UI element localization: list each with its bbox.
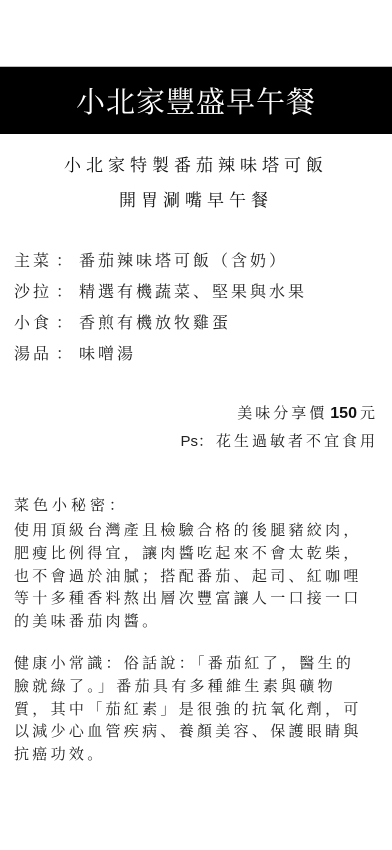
title-banner: 小北家豐盛早午餐 xyxy=(0,66,392,134)
price-line: 美味分享價150元 xyxy=(237,402,378,423)
menu-item-label: 湯品 xyxy=(14,344,52,363)
dish-secret-line: 也不會過於油膩；搭配番茄、起司、紅咖哩 xyxy=(14,565,384,588)
dish-secret-line: 肥瘦比例得宜，讓肉醬吃起來不會太乾柴， xyxy=(14,542,384,565)
menu-item-separator: ： xyxy=(52,313,79,332)
page-title: 小北家豐盛早午餐 xyxy=(76,80,316,121)
health-tip-line: 抗癌功效。 xyxy=(14,743,384,766)
health-tip-line: 質，其中「茄紅素」是很強的抗氧化劑，可 xyxy=(14,698,384,721)
note-label: Ps xyxy=(180,433,198,450)
menu-item-salad: 沙拉：精選有機蔬菜、堅果與水果 xyxy=(14,281,384,312)
price-currency: 元 xyxy=(360,404,378,422)
menu-item-value: 番茄辣味塔可飯（含奶） xyxy=(79,251,288,270)
subtitle-line-2: 開胃涮嘴早午餐 xyxy=(0,186,392,211)
menu-item-side: 小食：香煎有機放牧雞蛋 xyxy=(14,312,384,343)
note-text: 花生過敏者不宜食用 xyxy=(216,432,378,450)
menu-item-label: 沙拉 xyxy=(14,282,52,301)
health-tip-line: 以減少心血管疾病、養顏美容、保護眼睛與 xyxy=(14,720,384,743)
note-separator: ： xyxy=(198,432,216,450)
menu-item-value: 精選有機蔬菜、堅果與水果 xyxy=(79,282,307,301)
dish-secret-heading: 菜色小秘密： xyxy=(14,494,384,516)
dish-secret-section: 菜色小秘密： 使用頂級台灣產且檢驗合格的後腿豬絞肉， 肥瘦比例得宜，讓肉醬吃起來… xyxy=(14,494,384,633)
menu-list: 主菜：番茄辣味塔可飯（含奶） 沙拉：精選有機蔬菜、堅果與水果 小食：香煎有機放牧… xyxy=(14,250,384,374)
menu-item-soup: 湯品：味噌湯 xyxy=(14,343,384,374)
menu-item-separator: ： xyxy=(52,251,79,270)
health-tip-section: 健康小常識：俗話說：「番茄紅了，醫生的 臉就綠了。」番茄具有多種維生素與礦物 質… xyxy=(14,652,384,766)
allergy-note: Ps：花生過敏者不宜食用 xyxy=(180,430,378,451)
dish-secret-line: 使用頂級台灣產且檢驗合格的後腿豬絞肉， xyxy=(14,519,384,542)
dish-secret-line: 的美味番茄肉醬。 xyxy=(14,610,384,633)
price-amount: 150 xyxy=(327,405,360,422)
menu-item-label: 主菜 xyxy=(14,251,52,270)
menu-item-value: 味噌湯 xyxy=(79,344,136,363)
health-tip-line: 臉就綠了。」番茄具有多種維生素與礦物 xyxy=(14,675,384,698)
menu-item-value: 香煎有機放牧雞蛋 xyxy=(79,313,231,332)
menu-item-separator: ： xyxy=(52,282,79,301)
health-tip-line: 健康小常識：俗話說：「番茄紅了，醫生的 xyxy=(14,652,384,675)
price-prefix: 美味分享價 xyxy=(237,404,327,422)
dish-secret-line: 等十多種香料熬出層次豐富讓人一口接一口 xyxy=(14,587,384,610)
menu-item-label: 小食 xyxy=(14,313,52,332)
menu-item-separator: ： xyxy=(52,344,79,363)
menu-item-main-dish: 主菜：番茄辣味塔可飯（含奶） xyxy=(14,250,384,281)
subtitle-line-1: 小北家特製番茄辣味塔可飯 xyxy=(0,151,392,176)
